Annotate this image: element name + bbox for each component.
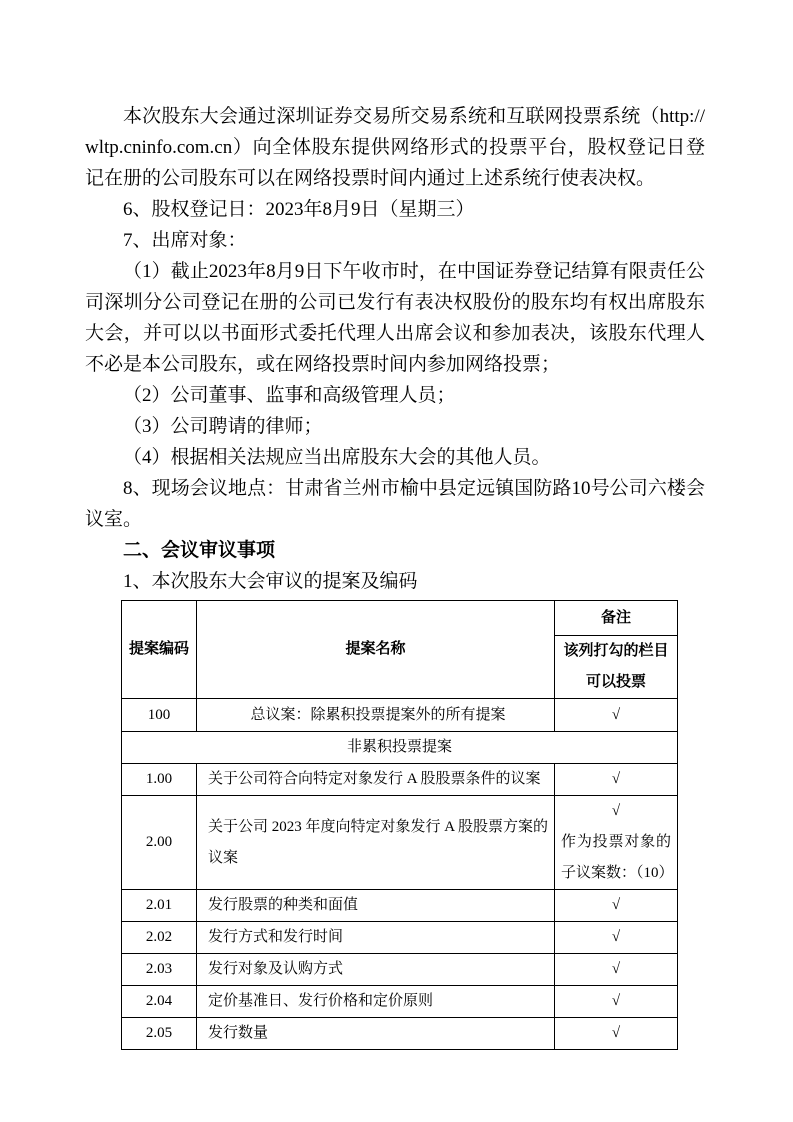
proposal-name-cell: 发行数量 xyxy=(197,1018,555,1050)
proposal-code-cell: 1.00 xyxy=(122,764,197,796)
divider-row-label: 非累积投票提案 xyxy=(122,732,678,764)
header-proposal-code: 提案编码 xyxy=(122,601,197,699)
item-7-sub-2: （2）公司董事、监事和高级管理人员； xyxy=(85,380,705,411)
document-page: 本次股东大会通过深圳证券交易所交易系统和互联网投票系统（http://wltp.… xyxy=(0,0,793,1122)
section-heading-review-items: 二、会议审议事项 xyxy=(85,535,705,566)
table-header-row: 提案编码 提案名称 备注 xyxy=(122,601,678,636)
table-row: 2.03 发行对象及认购方式 √ xyxy=(122,954,678,986)
vote-check: √ xyxy=(555,922,678,954)
header-remark: 备注 xyxy=(555,601,678,636)
table-divider-row: 非累积投票提案 xyxy=(122,732,678,764)
item-8-venue: 8、现场会议地点：甘肃省兰州市榆中县定远镇国防路10号公司六楼会议室。 xyxy=(85,473,705,535)
proposal-code-cell: 100 xyxy=(122,699,197,732)
vote-check: √ xyxy=(555,954,678,986)
proposal-name-cell: 发行股票的种类和面值 xyxy=(197,890,555,922)
proposal-name-cell: 关于公司 2023 年度向特定对象发行 A 股股票方案的议案 xyxy=(197,796,555,890)
proposal-code-cell: 2.00 xyxy=(122,796,197,890)
table-row: 2.02 发行方式和发行时间 √ xyxy=(122,922,678,954)
proposal-code-cell: 2.02 xyxy=(122,922,197,954)
proposal-name-cell: 发行对象及认购方式 xyxy=(197,954,555,986)
proposal-name-cell: 发行方式和发行时间 xyxy=(197,922,555,954)
header-proposal-name: 提案名称 xyxy=(197,601,555,699)
proposal-name-cell: 关于公司符合向特定对象发行 A 股股票条件的议案 xyxy=(197,764,555,796)
remark-note: 作为投票对象的子议案数：（10） xyxy=(557,827,675,889)
table-row: 2.04 定价基准日、发行价格和定价原则 √ xyxy=(122,986,678,1018)
intro-paragraph: 本次股东大会通过深圳证券交易所交易系统和互联网投票系统（http://wltp.… xyxy=(85,101,705,194)
proposals-table: 提案编码 提案名称 备注 该列打勾的栏目可以投票 100 总议案：除累积投票提案… xyxy=(121,600,678,1050)
item-7-attendees: 7、出席对象： xyxy=(85,225,705,256)
document-body: 本次股东大会通过深圳证券交易所交易系统和互联网投票系统（http://wltp.… xyxy=(85,101,705,597)
proposal-name-cell: 总议案：除累积投票提案外的所有提案 xyxy=(197,699,555,732)
proposal-name-cell: 定价基准日、发行价格和定价原则 xyxy=(197,986,555,1018)
table-row: 100 总议案：除累积投票提案外的所有提案 √ xyxy=(122,699,678,732)
header-remark-note: 该列打勾的栏目可以投票 xyxy=(555,636,678,699)
proposal-code-cell: 2.03 xyxy=(122,954,197,986)
item-7-sub-4: （4）根据相关法规应当出席股东大会的其他人员。 xyxy=(85,442,705,473)
proposal-code-cell: 2.05 xyxy=(122,1018,197,1050)
vote-check: √ xyxy=(555,764,678,796)
table-row: 1.00 关于公司符合向特定对象发行 A 股股票条件的议案 √ xyxy=(122,764,678,796)
vote-check: √ xyxy=(555,986,678,1018)
table-caption: 1、本次股东大会审议的提案及编码 xyxy=(85,566,705,597)
item-7-sub-1: （1）截止2023年8月9日下午收市时，在中国证券登记结算有限责任公司深圳分公司… xyxy=(85,256,705,380)
vote-check: √ xyxy=(555,890,678,922)
vote-check: √ xyxy=(557,796,675,827)
item-6-record-date: 6、股权登记日：2023年8月9日（星期三） xyxy=(85,194,705,225)
vote-check: √ xyxy=(555,1018,678,1050)
proposal-code-cell: 2.04 xyxy=(122,986,197,1018)
proposal-code-cell: 2.01 xyxy=(122,890,197,922)
remark-cell: √ 作为投票对象的子议案数：（10） xyxy=(555,796,678,890)
table-row: 2.00 关于公司 2023 年度向特定对象发行 A 股股票方案的议案 √ 作为… xyxy=(122,796,678,890)
vote-check: √ xyxy=(555,699,678,732)
table-row: 2.05 发行数量 √ xyxy=(122,1018,678,1050)
table-row: 2.01 发行股票的种类和面值 √ xyxy=(122,890,678,922)
item-7-sub-3: （3）公司聘请的律师； xyxy=(85,411,705,442)
